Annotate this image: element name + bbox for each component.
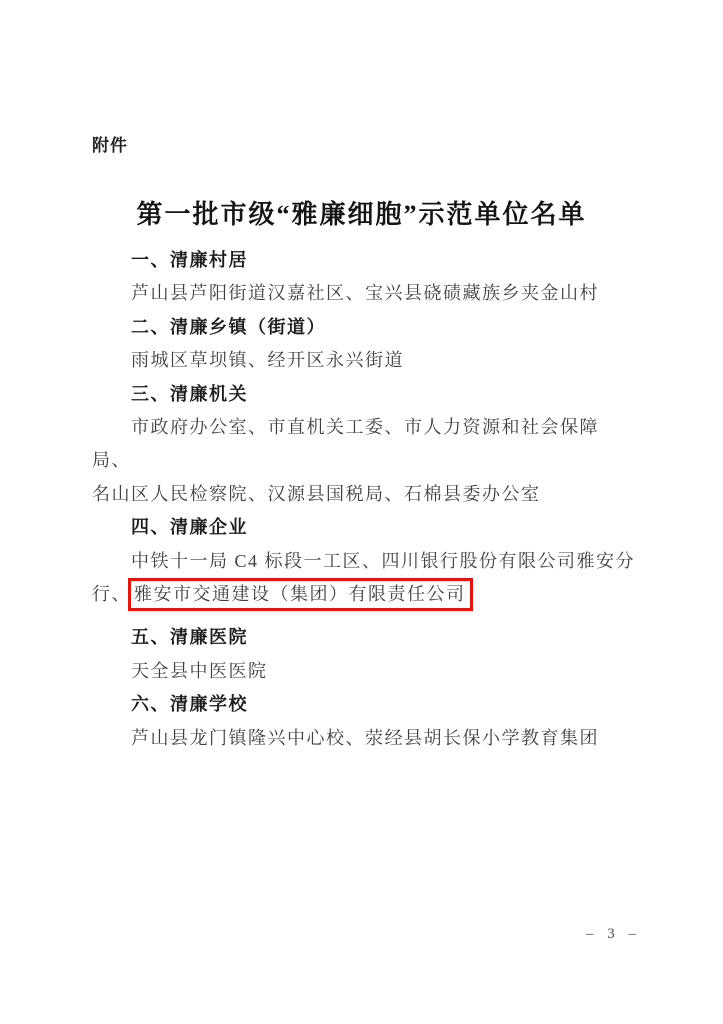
agency-line-2: 名山区人民检察院、汉源县国税局、石棉县委办公室: [92, 484, 541, 504]
document-body: 一、清廉村居 芦山县芦阳街道汉嘉社区、宝兴县硗碛藏族乡夹金山村 二、清廉乡镇（街…: [92, 244, 637, 755]
enterprise-line-1: 中铁十一局 C4 标段一工区、四川银行股份有限公司雅安分: [131, 551, 635, 571]
section-heading-township: 二、清廉乡镇（街道）: [92, 311, 637, 344]
section-heading-hospital: 五、清廉医院: [92, 621, 637, 654]
section-heading-school: 六、清廉学校: [92, 688, 637, 721]
section-heading-enterprise: 四、清廉企业: [92, 511, 637, 544]
section-content-school: 芦山县龙门镇隆兴中心校、荥经县胡长保小学教育集团: [92, 722, 637, 755]
attachment-label: 附件: [92, 131, 128, 156]
section-content-township: 雨城区草坝镇、经开区永兴街道: [92, 344, 637, 377]
section-heading-village: 一、清廉村居: [92, 244, 637, 277]
page-number: – 3 –: [586, 926, 641, 943]
document-page: 附件 第一批市级“雅廉细胞”示范单位名单 一、清廉村居 芦山县芦阳街道汉嘉社区、…: [0, 0, 723, 1024]
section-content-enterprise: 中铁十一局 C4 标段一工区、四川银行股份有限公司雅安分行、雅安市交通建设（集团…: [92, 545, 637, 612]
section-content-hospital: 天全县中医医院: [92, 655, 637, 688]
section-content-agency: 市政府办公室、市直机关工委、市人力资源和社会保障局、名山区人民检察院、汉源县国税…: [92, 411, 637, 511]
agency-line-1: 市政府办公室、市直机关工委、市人力资源和社会保障局、: [92, 417, 599, 470]
document-title: 第一批市级“雅廉细胞”示范单位名单: [0, 194, 723, 231]
section-heading-agency: 三、清廉机关: [92, 378, 637, 411]
enterprise-line-2-prefix: 行、: [92, 584, 131, 604]
red-highlight-box: 雅安市交通建设（集团）有限责任公司: [128, 578, 473, 611]
section-content-village: 芦山县芦阳街道汉嘉社区、宝兴县硗碛藏族乡夹金山村: [92, 277, 637, 310]
